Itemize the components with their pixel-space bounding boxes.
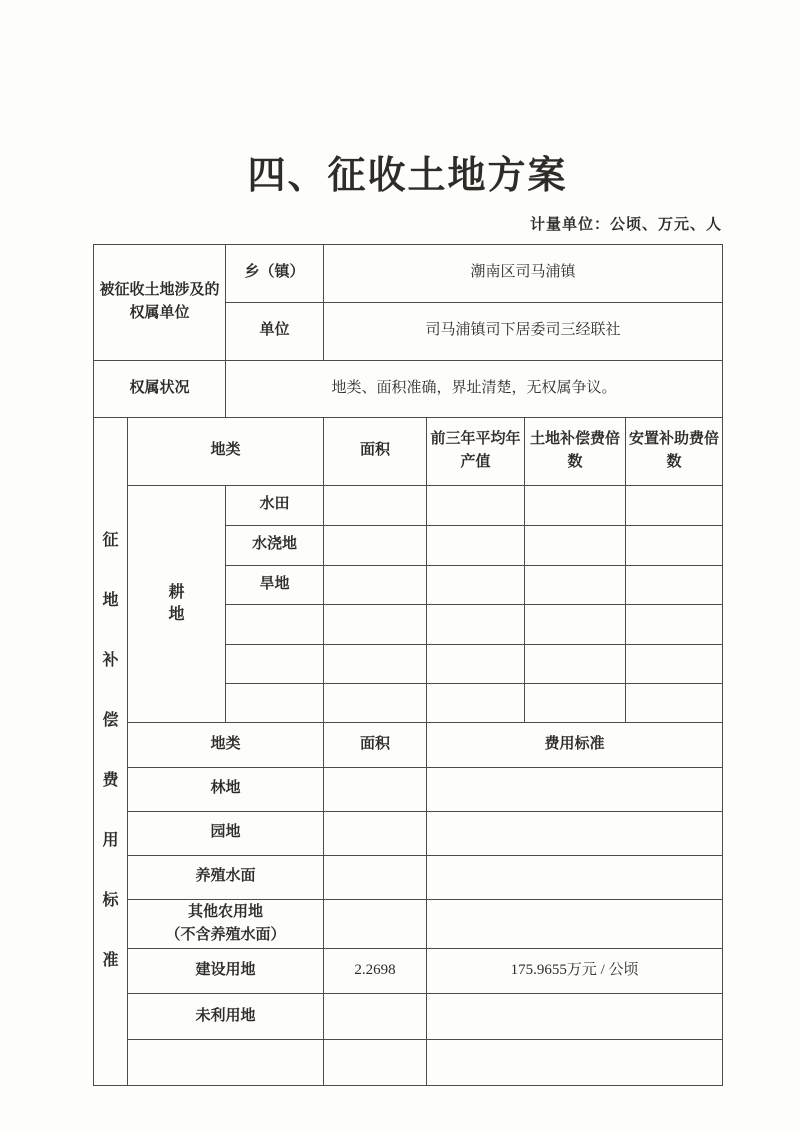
row-otherland-header: 地类 面积 费用标准	[94, 722, 723, 767]
scanned-page: 四、征收土地方案 计量单位：公顷、万元、人 被征收土地涉及的权属单位 乡（镇） …	[0, 0, 800, 1131]
row-township: 被征收土地涉及的权属单位 乡（镇） 潮南区司马浦镇	[94, 244, 723, 302]
cell-t1-resmult-5	[626, 683, 723, 722]
table-row: 其他农用地 （不含养殖水面）	[94, 899, 723, 949]
cell-t2-type-5: 未利用地	[128, 994, 324, 1040]
cell-t2-area-6	[324, 1040, 427, 1086]
cell-side-label: 征地补偿费用标准	[94, 417, 128, 1086]
cell-t1-area-3	[324, 604, 427, 644]
cell-t2-area-1	[324, 811, 427, 855]
cell-t1-resmult-1	[626, 525, 723, 565]
cell-t2-fee-4: 175.9655万元 / 公顷	[427, 949, 723, 994]
document-title: 四、征收土地方案	[93, 0, 722, 200]
cell-t1-output-5	[427, 683, 525, 722]
cell-t1-type-4	[226, 644, 324, 683]
land-acquisition-table: 被征收土地涉及的权属单位 乡（镇） 潮南区司马浦镇 单位 司马浦镇司下居委司三经…	[93, 244, 723, 1087]
cell-t2-type-3: 其他农用地 （不含养殖水面）	[128, 899, 324, 949]
cell-t2-area-5	[324, 994, 427, 1040]
cell-unit-value: 司马浦镇司下居委司三经联社	[324, 302, 723, 360]
cell-t1-resmult-0	[626, 485, 723, 525]
cell-t1-landmult-3	[525, 604, 626, 644]
cell-t1-header-avg-output: 前三年平均年产值	[427, 417, 525, 485]
cell-t2-header-fee-standard: 费用标准	[427, 722, 723, 767]
cell-t1-landmult-1	[525, 525, 626, 565]
cell-t1-landmult-2	[525, 565, 626, 604]
cell-t1-resmult-4	[626, 644, 723, 683]
cell-t2-fee-1	[427, 811, 723, 855]
row-farmland-header: 征地补偿费用标准 地类 面积 前三年平均年产值 土地补偿费倍数 安置补助费倍数	[94, 417, 723, 485]
cell-t2-header-area: 面积	[324, 722, 427, 767]
table-row: 建设用地 2.2698 175.9655万元 / 公顷	[94, 949, 723, 994]
cell-t2-fee-2	[427, 855, 723, 899]
cell-t1-area-0	[324, 485, 427, 525]
cell-t2-type-6	[128, 1040, 324, 1086]
table-row: 园地	[94, 811, 723, 855]
cell-ownership-status-value: 地类、面积准确，界址清楚，无权属争议。	[226, 360, 723, 417]
table-row: 耕地 水田	[94, 485, 723, 525]
group-label-cultivated-land: 耕地	[128, 585, 225, 623]
cell-t2-fee-5	[427, 994, 723, 1040]
cell-unit-label: 单位	[226, 302, 324, 360]
cell-t2-type-4: 建设用地	[128, 949, 324, 994]
cell-t2-area-4: 2.2698	[324, 949, 427, 994]
cell-t1-header-land-type: 地类	[128, 417, 324, 485]
row-ownership-status: 权属状况 地类、面积准确，界址清楚，无权属争议。	[94, 360, 723, 417]
cell-t2-area-2	[324, 855, 427, 899]
cell-township-label: 乡（镇）	[226, 244, 324, 302]
cell-t1-area-2	[324, 565, 427, 604]
table-row: 养殖水面	[94, 855, 723, 899]
cell-t1-resmult-2	[626, 565, 723, 604]
cell-group-cultivated-land: 耕地	[128, 485, 226, 722]
cell-t2-area-0	[324, 767, 427, 811]
measurement-units-note: 计量单位：公顷、万元、人	[93, 213, 722, 234]
cell-t1-type-3	[226, 604, 324, 644]
cell-t1-header-land-comp-multiple: 土地补偿费倍数	[525, 417, 626, 485]
cell-t1-area-1	[324, 525, 427, 565]
table-row	[94, 1040, 723, 1086]
cell-t1-output-0	[427, 485, 525, 525]
cell-t1-type-2: 旱地	[226, 565, 324, 604]
cell-t1-resmult-3	[626, 604, 723, 644]
cell-t2-type-0: 林地	[128, 767, 324, 811]
cell-t1-header-resettle-multiple: 安置补助费倍数	[626, 417, 723, 485]
cell-t1-output-1	[427, 525, 525, 565]
cell-t2-type-1: 园地	[128, 811, 324, 855]
cell-t1-type-1: 水浇地	[226, 525, 324, 565]
cell-t1-output-2	[427, 565, 525, 604]
cell-t1-header-area: 面积	[324, 417, 427, 485]
cell-t1-type-0: 水田	[226, 485, 324, 525]
cell-t2-area-3	[324, 899, 427, 949]
table-row: 林地	[94, 767, 723, 811]
cell-t1-area-4	[324, 644, 427, 683]
cell-t2-fee-6	[427, 1040, 723, 1086]
cell-t1-type-5	[226, 683, 324, 722]
cell-t1-output-3	[427, 604, 525, 644]
cell-involved-units-label: 被征收土地涉及的权属单位	[94, 244, 226, 360]
cell-ownership-status-label: 权属状况	[94, 360, 226, 417]
cell-t2-type-2: 养殖水面	[128, 855, 324, 899]
cell-t1-area-5	[324, 683, 427, 722]
table-row: 未利用地	[94, 994, 723, 1040]
cell-t1-output-4	[427, 644, 525, 683]
cell-t2-fee-0	[427, 767, 723, 811]
cell-t2-header-land-type: 地类	[128, 722, 324, 767]
cell-township-value: 潮南区司马浦镇	[324, 244, 723, 302]
page-content: 四、征收土地方案 计量单位：公顷、万元、人 被征收土地涉及的权属单位 乡（镇） …	[93, 0, 722, 1086]
cell-t1-landmult-5	[525, 683, 626, 722]
cell-t1-landmult-0	[525, 485, 626, 525]
cell-t1-landmult-4	[525, 644, 626, 683]
cell-t2-fee-3	[427, 899, 723, 949]
side-label-compensation-standard: 征地补偿费用标准	[94, 533, 127, 969]
